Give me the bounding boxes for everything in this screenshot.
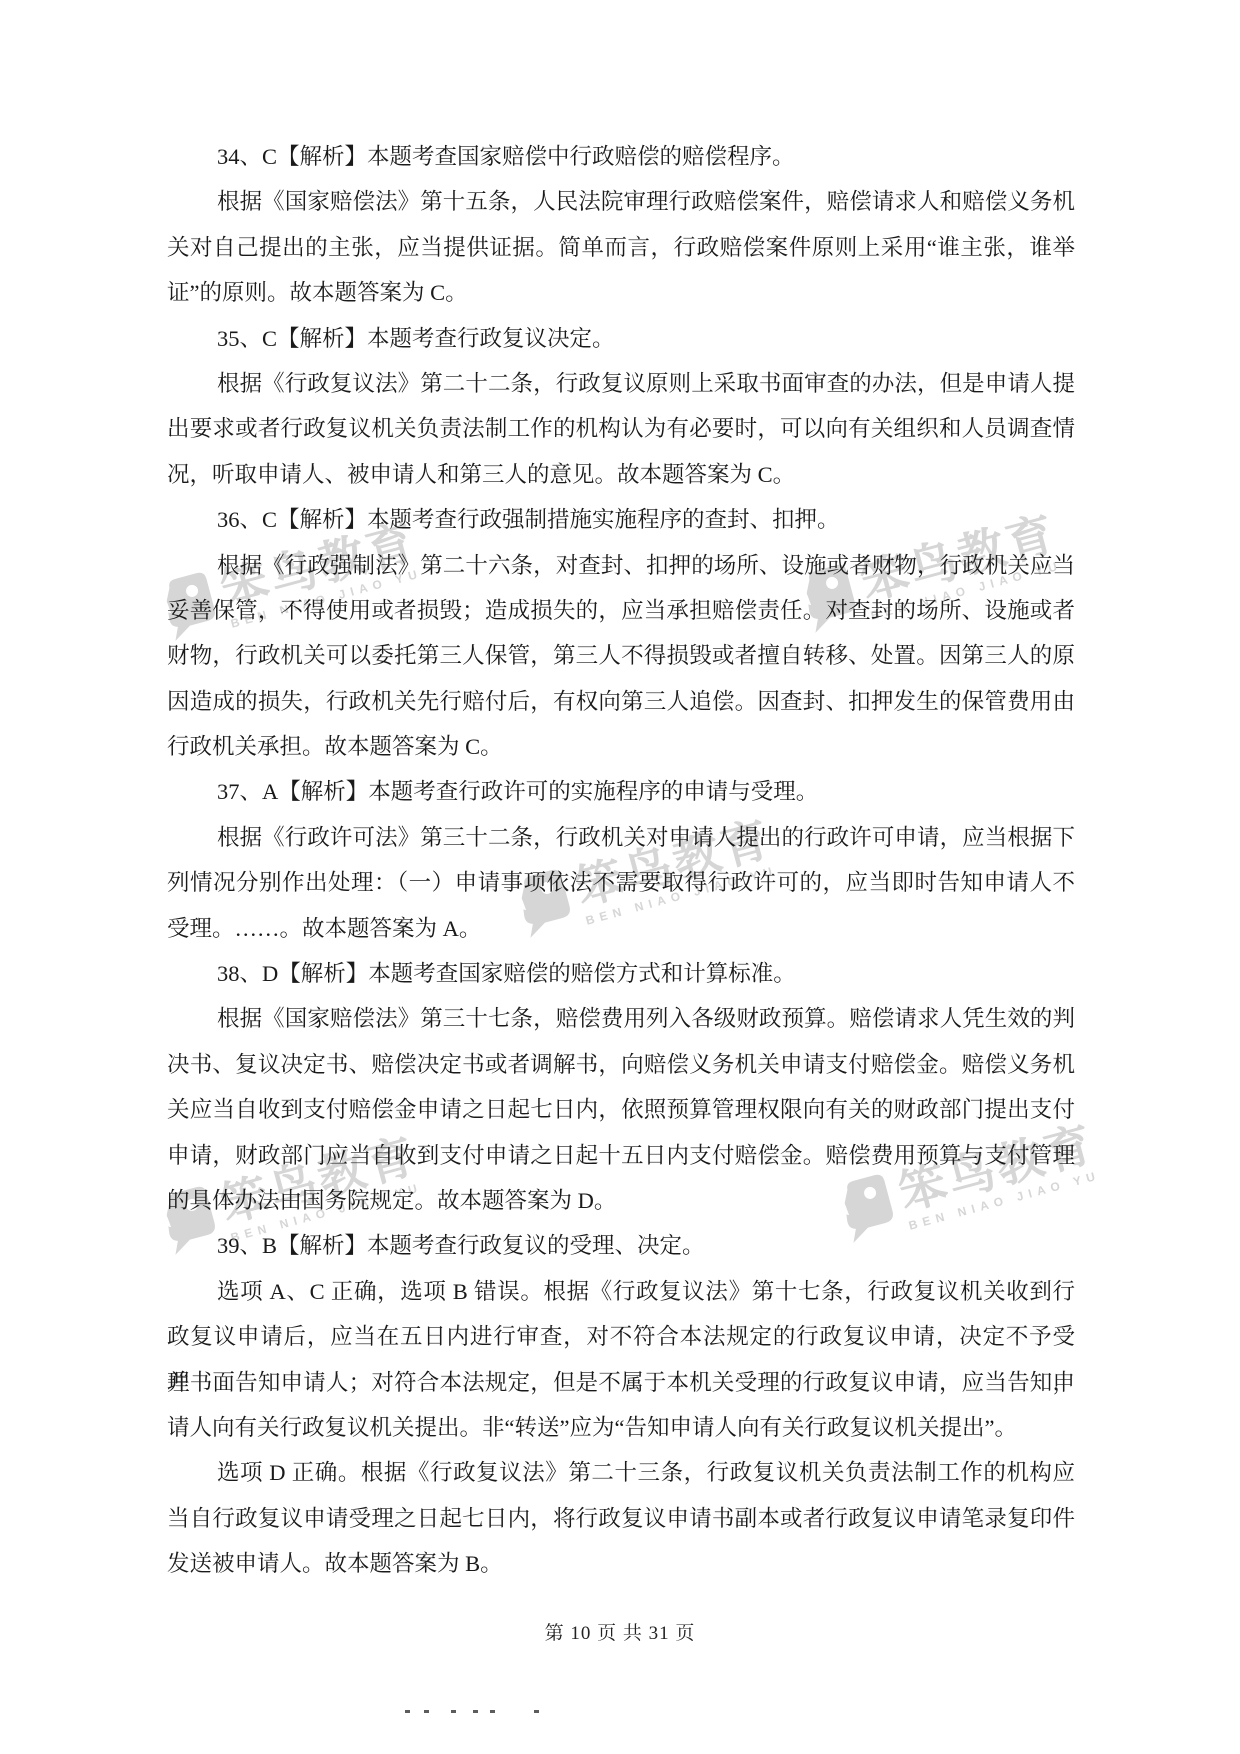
document-page: 笨鸟教育 BEN NIAO JIAO YU 笨鸟教育 BEN NIAO JIAO… [0, 0, 1240, 1754]
next-page-cutoff-marks [0, 0, 1240, 1754]
cutoff-mark [473, 1710, 478, 1713]
cutoff-mark [490, 1710, 495, 1713]
cutoff-mark [534, 1710, 539, 1713]
cutoff-mark [424, 1710, 429, 1713]
cutoff-mark [405, 1710, 410, 1713]
cutoff-mark [451, 1710, 456, 1713]
